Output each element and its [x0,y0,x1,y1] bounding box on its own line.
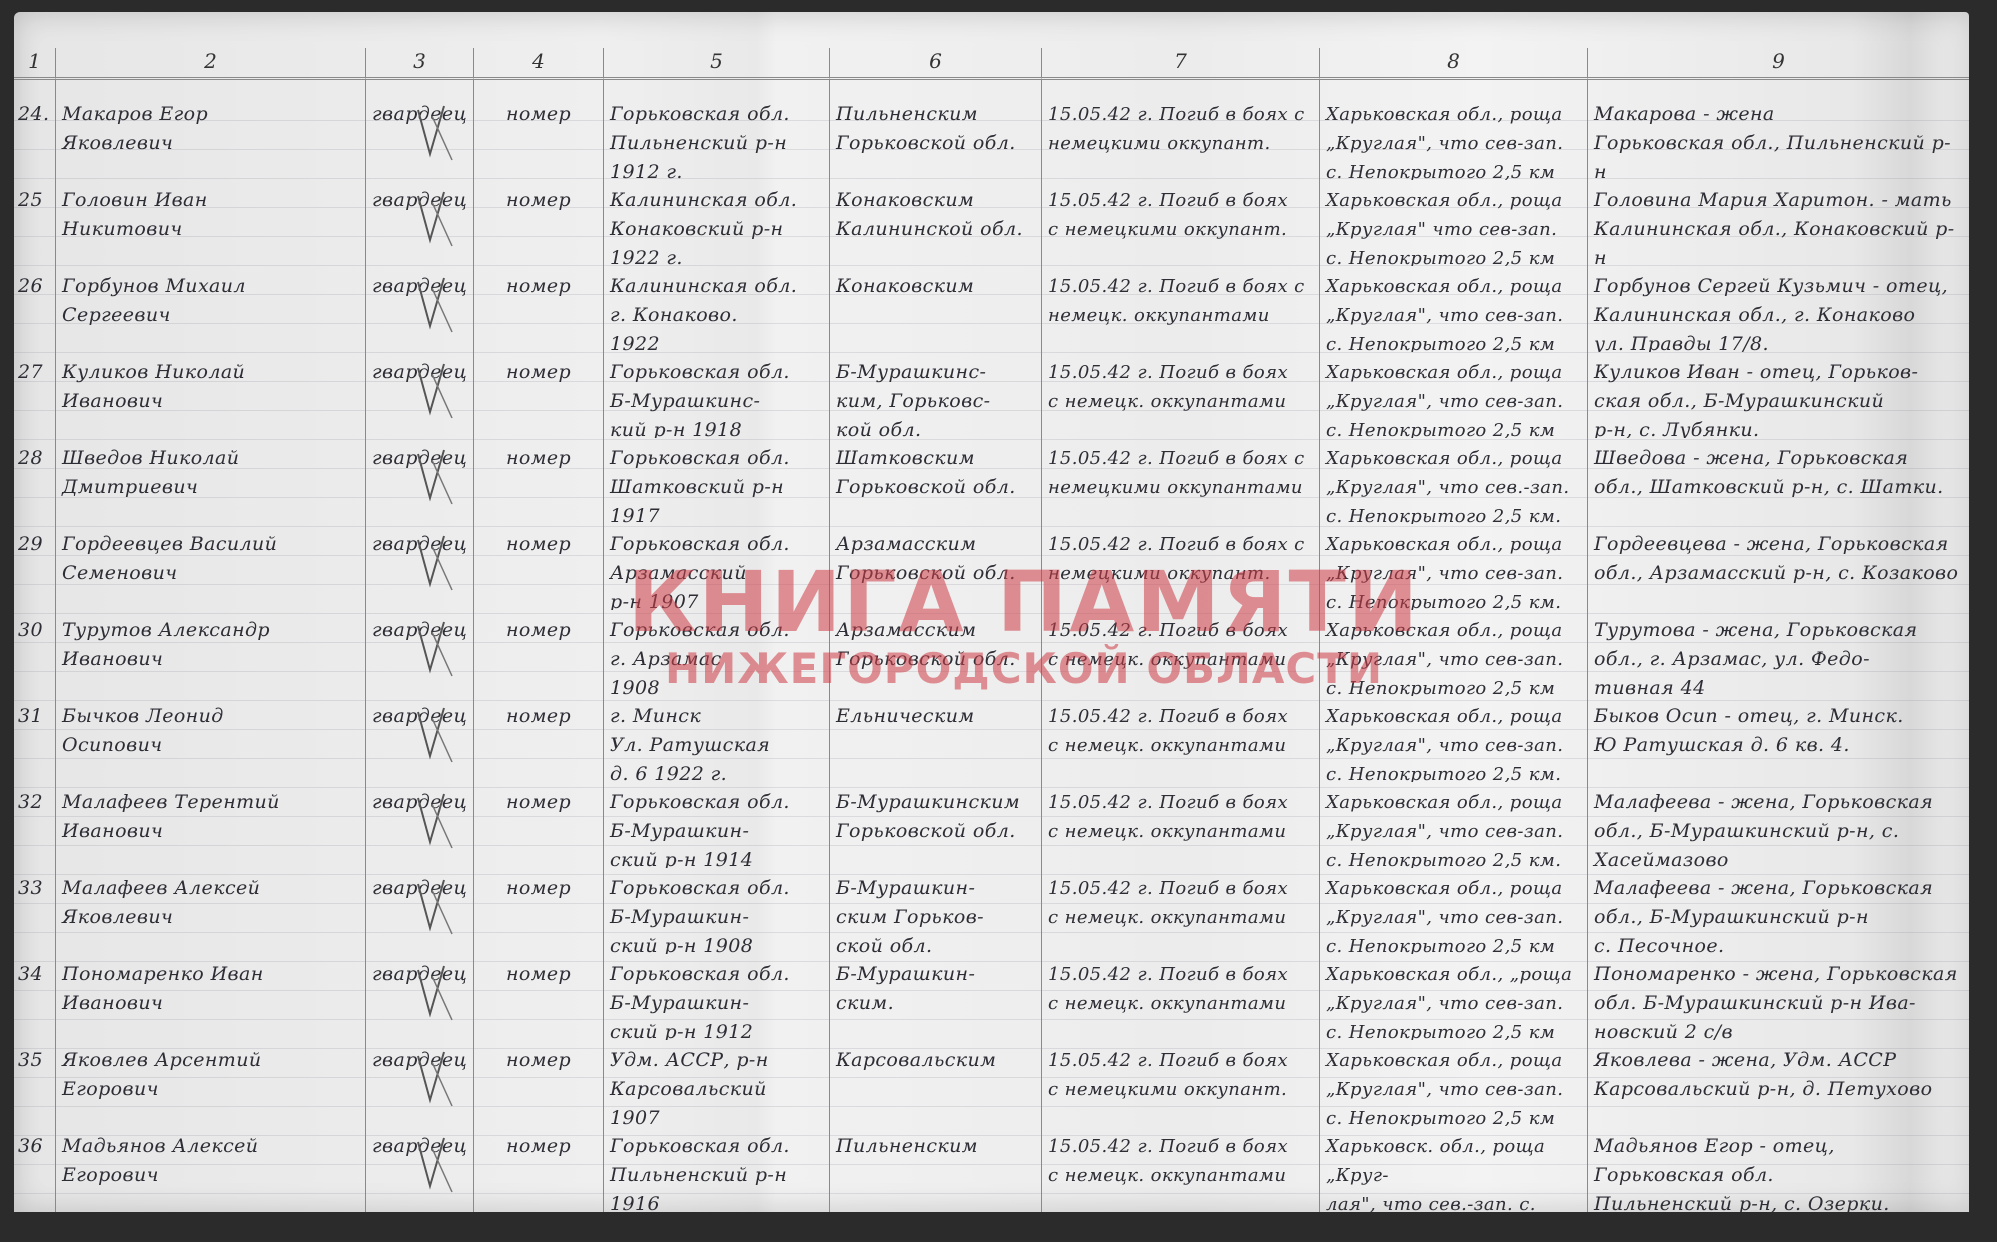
column-header-6: 6 [830,48,1042,80]
burial-place: Харьковская обл., роща „Круглая", что се… [1320,352,1588,438]
header-spacer [1320,80,1588,94]
checkmark-icon [414,188,454,248]
position-cell: номер [474,266,604,352]
checkmark-icon [414,876,454,936]
rank-cell: гвардеец [366,438,474,524]
relatives-address: Быков Осип - отец, г. Минск. Ю Ратушская… [1588,696,1969,782]
position-cell: номер [474,352,604,438]
row-number: 36 [14,1126,56,1212]
soldier-name: Яковлев Арсентий Егорович [56,1040,366,1126]
row-number: 27 [14,352,56,438]
death-details: 15.05.42 г. Погиб в боях с немецкими окк… [1042,438,1320,524]
column-header-1: 1 [14,48,56,80]
relatives-address: Макарова - жена Горьковская обл., Пильне… [1588,94,1969,180]
row-number: 33 [14,868,56,954]
birth-place-year: Удм. АССР, р-н Карсовальский 1907 [604,1040,830,1126]
relatives-address: Куликов Иван - отец, Горьков- ская обл.,… [1588,352,1969,438]
soldier-name: Шведов Николай Дмитриевич [56,438,366,524]
death-details: 15.05.42 г. Погиб в боях с немецкими окк… [1042,180,1320,266]
birth-place-year: Горьковская обл. Б-Мурашкинс- кий р-н 19… [604,352,830,438]
drafted-by: Конаковским Калининской обл. [830,180,1042,266]
header-spacer [14,80,56,94]
soldier-name: Бычков Леонид Осипович [56,696,366,782]
header-spacer [830,80,1042,94]
header-spacer [1588,80,1969,94]
column-header-4: 4 [474,48,604,80]
relatives-address: Малафеева - жена, Горьковская обл., Б-Му… [1588,868,1969,954]
rank-cell: гвардеец [366,1126,474,1212]
checkmark-icon [414,1048,454,1108]
checkmark-icon [414,618,454,678]
death-details: 15.05.42 г. Погиб в боях с немецкими окк… [1042,524,1320,610]
drafted-by: Карсовальским [830,1040,1042,1126]
row-number: 25 [14,180,56,266]
rank-cell: гвардеец [366,868,474,954]
drafted-by: Пильненским [830,1126,1042,1212]
checkmark-icon [414,962,454,1022]
burial-place: Харьковская обл., роща „Круглая", что се… [1320,266,1588,352]
death-details: 15.05.42 г. Погиб в боях с немецк. оккуп… [1042,782,1320,868]
drafted-by: Конаковским [830,266,1042,352]
row-number: 26 [14,266,56,352]
column-header-2: 2 [56,48,366,80]
checkmark-icon [414,360,454,420]
row-number: 28 [14,438,56,524]
position-cell: номер [474,610,604,696]
soldier-name: Пономаренко Иван Иванович [56,954,366,1040]
rank-cell: гвардеец [366,266,474,352]
checkmark-icon [414,704,454,764]
record-sheet: 1 2 3 4 5 6 7 8 9 24.Макаров Егор Яковле… [14,12,1969,1212]
drafted-by: Ельническим [830,696,1042,782]
death-details: 15.05.42 г. Погиб в боях с немецк. оккуп… [1042,610,1320,696]
soldier-name: Макаров Егор Яковлевич [56,94,366,180]
burial-place: Харьковская обл., роща „Круглая", что се… [1320,94,1588,180]
rank-cell: гвардеец [366,954,474,1040]
soldier-name: Турутов Александр Иванович [56,610,366,696]
row-number: 30 [14,610,56,696]
death-details: 15.05.42 г. Погиб в боях с немецк. оккуп… [1042,352,1320,438]
burial-place: Харьковская обл., роща „Круглая", что се… [1320,610,1588,696]
checkmark-icon [414,532,454,592]
relatives-address: Турутова - жена, Горьковская обл., г. Ар… [1588,610,1969,696]
rank-cell: гвардеец [366,94,474,180]
position-cell: номер [474,868,604,954]
drafted-by: Шатковским Горьковской обл. [830,438,1042,524]
header-spacer [604,80,830,94]
row-number: 24. [14,94,56,180]
relatives-address: Мадьянов Егор - отец, Горьковская обл. П… [1588,1126,1969,1212]
position-cell: номер [474,94,604,180]
checkmark-icon [414,1134,454,1194]
burial-place: Харьковская обл., роща „Круглая", что се… [1320,696,1588,782]
checkmark-icon [414,446,454,506]
birth-place-year: Горьковская обл. Арзамасский р-н 1907 [604,524,830,610]
death-details: 15.05.42 г. Погиб в боях с немецкими окк… [1042,94,1320,180]
row-number: 29 [14,524,56,610]
birth-place-year: Калининская обл. Конаковский р-н 1922 г. [604,180,830,266]
checkmark-icon [414,102,454,162]
rank-cell: гвардеец [366,352,474,438]
header-spacer [474,80,604,94]
burial-place: Харьковск. обл., роща „Круг- лая", что с… [1320,1126,1588,1212]
burial-place: Харьковская обл., роща „Круглая", что се… [1320,782,1588,868]
position-cell: номер [474,438,604,524]
rank-cell: гвардеец [366,782,474,868]
position-cell: номер [474,524,604,610]
column-header-8: 8 [1320,48,1588,80]
row-number: 32 [14,782,56,868]
position-cell: номер [474,1040,604,1126]
records-table: 1 2 3 4 5 6 7 8 9 24.Макаров Егор Яковле… [14,12,1969,1212]
birth-place-year: Горьковская обл. Б-Мурашкин- ский р-н 19… [604,782,830,868]
soldier-name: Малафеев Алексей Яковлевич [56,868,366,954]
column-header-7: 7 [1042,48,1320,80]
soldier-name: Куликов Николай Иванович [56,352,366,438]
drafted-by: Б-Мурашкин- ским. [830,954,1042,1040]
birth-place-year: Горьковская обл. Б-Мурашкин- ский р-н 19… [604,868,830,954]
drafted-by: Арзамасским Горьковской обл. [830,524,1042,610]
birth-place-year: Горьковская обл. Пильненский р-н 1916 [604,1126,830,1212]
birth-place-year: Горьковская обл. Шатковский р-н 1917 [604,438,830,524]
relatives-address: Шведова - жена, Горьковская обл., Шатков… [1588,438,1969,524]
birth-place-year: Калининская обл. г. Конаково. 1922 [604,266,830,352]
position-cell: номер [474,954,604,1040]
rank-cell: гвардеец [366,610,474,696]
row-number: 35 [14,1040,56,1126]
death-details: 15.05.42 г. Погиб в боях с немецк. оккуп… [1042,868,1320,954]
position-cell: номер [474,1126,604,1212]
soldier-name: Горбунов Михаил Сергеевич [56,266,366,352]
row-number: 34 [14,954,56,1040]
drafted-by: Б-Мурашкин- ским Горьков- ской обл. [830,868,1042,954]
relatives-address: Малафеева - жена, Горьковская обл., Б-Му… [1588,782,1969,868]
burial-place: Харьковская обл., роща „Круглая", что се… [1320,524,1588,610]
relatives-address: Горбунов Сергей Кузьмич - отец, Калининс… [1588,266,1969,352]
header-spacer [1042,80,1320,94]
header-spacer [366,80,474,94]
death-details: 15.05.42 г. Погиб в боях с немецк. оккуп… [1042,266,1320,352]
column-header-3: 3 [366,48,474,80]
drafted-by: Арзамасским Горьковской обл. [830,610,1042,696]
rank-cell: гвардеец [366,696,474,782]
birth-place-year: Горьковская обл. г. Арзамас 1908 [604,610,830,696]
relatives-address: Пономаренко - жена, Горьковская обл. Б-М… [1588,954,1969,1040]
relatives-address: Гордеевцева - жена, Горьковская обл., Ар… [1588,524,1969,610]
position-cell: номер [474,782,604,868]
position-cell: номер [474,180,604,266]
soldier-name: Мадьянов Алексей Егорович [56,1126,366,1212]
drafted-by: Б-Мурашкинс- ким, Горьковс- кой обл. [830,352,1042,438]
relatives-address: Головина Мария Харитон. - мать Калининск… [1588,180,1969,266]
relatives-address: Яковлева - жена, Удм. АССР Карсовальский… [1588,1040,1969,1126]
burial-place: Харьковская обл., „роща „Круглая", что с… [1320,954,1588,1040]
rank-cell: гвардеец [366,524,474,610]
drafted-by: Б-Мурашкинским Горьковской обл. [830,782,1042,868]
rank-cell: гвардеец [366,1040,474,1126]
death-details: 15.05.42 г. Погиб в боях с немецк. оккуп… [1042,696,1320,782]
soldier-name: Гордеевцев Василий Семенович [56,524,366,610]
burial-place: Харьковская обл., роща „Круглая", что се… [1320,1040,1588,1126]
drafted-by: Пильненским Горьковской обл. [830,94,1042,180]
death-details: 15.05.42 г. Погиб в боях с немецкими окк… [1042,1040,1320,1126]
row-number: 31 [14,696,56,782]
column-header-5: 5 [604,48,830,80]
birth-place-year: Горьковская обл. Б-Мурашкин- ский р-н 19… [604,954,830,1040]
position-cell: номер [474,696,604,782]
birth-place-year: Горьковская обл. Пильненский р-н 1912 г. [604,94,830,180]
header-spacer [56,80,366,94]
burial-place: Харьковская обл., роща „Круглая", что се… [1320,868,1588,954]
checkmark-icon [414,790,454,850]
burial-place: Харьковская обл., роща „Круглая" что сев… [1320,180,1588,266]
checkmark-icon [414,274,454,334]
soldier-name: Головин Иван Никитович [56,180,366,266]
soldier-name: Малафеев Терентий Иванович [56,782,366,868]
death-details: 15.05.42 г. Погиб в боях с немецк. оккуп… [1042,954,1320,1040]
death-details: 15.05.42 г. Погиб в боях с немецк. оккуп… [1042,1126,1320,1212]
burial-place: Харьковская обл., роща „Круглая", что се… [1320,438,1588,524]
column-header-9: 9 [1588,48,1969,80]
rank-cell: гвардеец [366,180,474,266]
birth-place-year: г. Минск Ул. Ратушская д. 6 1922 г. [604,696,830,782]
